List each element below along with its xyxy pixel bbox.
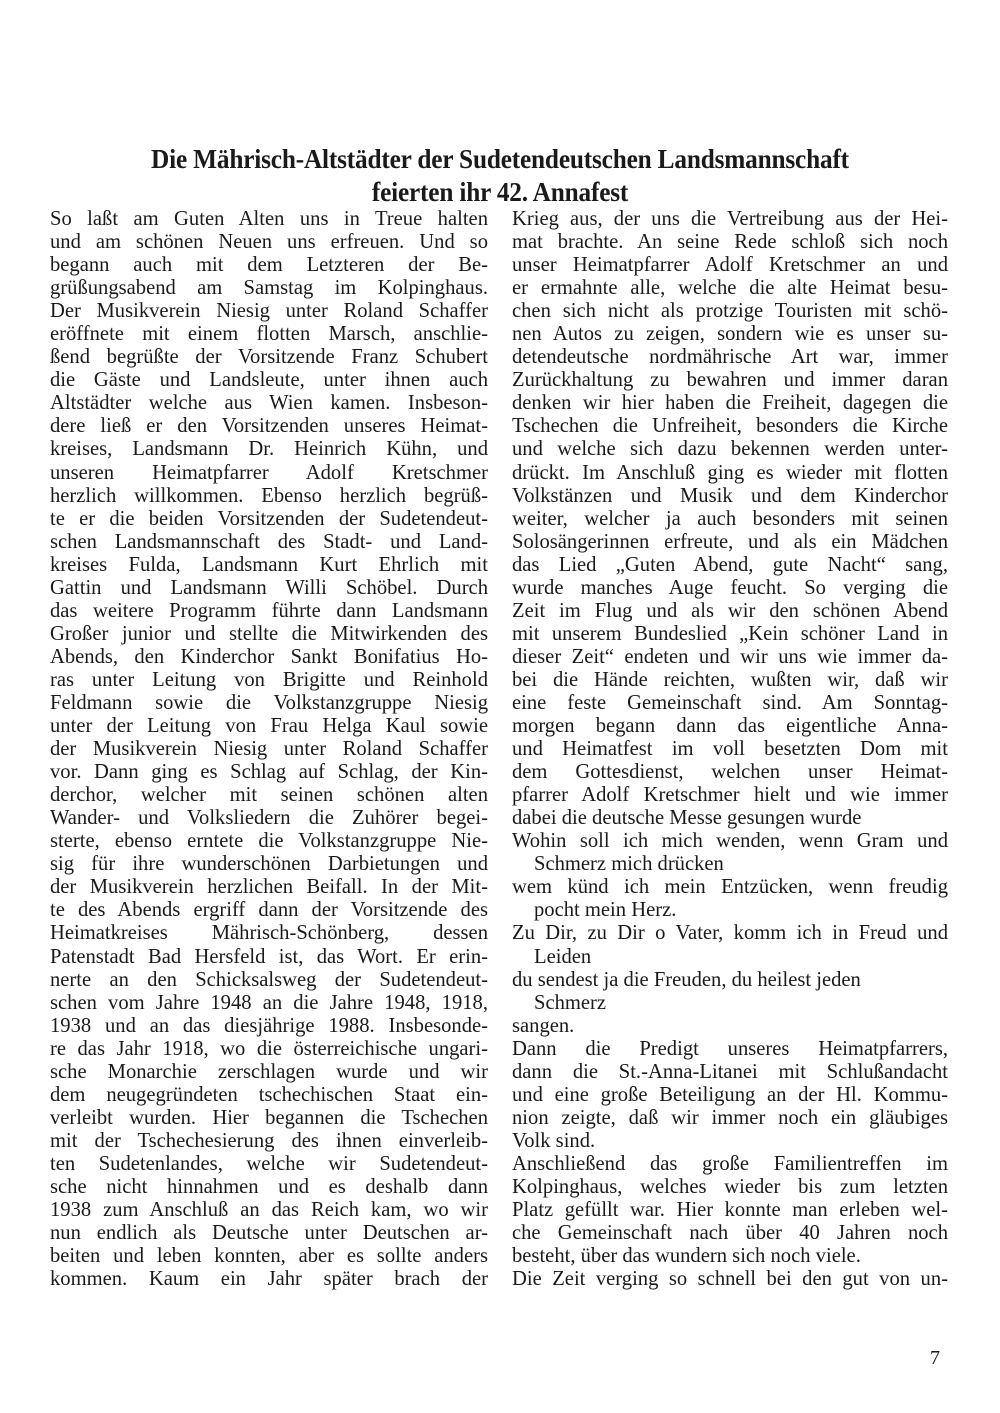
text-line: vor. Dann ging es Schlag auf Schlag, der… [50,761,488,784]
text-line: Feldmann sowie die Volkstanzgruppe Niesi… [50,692,488,715]
title-line-1: Die Mährisch-Altstädter der Sudetendeuts… [95,142,905,175]
text-line: Altstädter welche aus Wien kamen. Insbes… [50,392,488,415]
text-line: re das Jahr 1918, wo die österreichische… [50,1038,488,1061]
text-line: morgen begann dann das eigentliche Anna- [512,715,948,738]
text-line: die Gäste und Landsleute, unter ihnen au… [50,369,488,392]
article-title: Die Mährisch-Altstädter der Sudetendeuts… [95,142,905,208]
text-line: der Musikverein Niesig unter Roland Scha… [50,738,488,761]
text-line: dem Gottesdienst, welchen unser Heimat- [512,761,948,784]
verse-continuation-line: Schmerz [512,992,948,1015]
text-line: nion zeigte, daß wir immer noch ein gläu… [512,1107,948,1130]
text-line: ten Sudetenlandes, welche wir Sudetendeu… [50,1153,488,1176]
title-line-2: feierten ihr 42. Annafest [95,175,905,208]
text-line: sig für ihre wunderschönen Darbietungen … [50,853,488,876]
text-line: schen vom Jahre 1948 an die Jahre 1948, … [50,992,488,1015]
text-line: Dann die Predigt unseres Heimatpfarrers, [512,1038,948,1061]
text-line: weiter, welcher ja auch besonders mit se… [512,508,948,531]
text-line: sangen. [512,1015,948,1038]
left-text-column: So laßt am Guten Alten uns in Treue halt… [50,208,488,1291]
text-line: Gattin und Landsmann Willi Schöbel. Durc… [50,577,488,600]
text-line: dieser Zeit“ endeten und wir uns wie imm… [512,646,948,669]
page-number: 7 [930,1347,940,1370]
text-line: besteht, über das wundern sich noch viel… [512,1245,948,1268]
text-line: te des Abends ergriff dann der Vorsitzen… [50,899,488,922]
text-line: unseren Heimatpfarrer Adolf Kretschmer [50,462,488,485]
text-line: du sendest ja die Freuden, du heilest je… [512,969,948,992]
text-line: der Musikverein herzlichen Beifall. In d… [50,876,488,899]
text-line: und Heimatfest im voll besetzten Dom mit [512,738,948,761]
text-line: dere ließ er den Vorsitzenden unseres He… [50,415,488,438]
verse-continuation-line: pocht mein Herz. [512,899,948,922]
text-line: grüßungsabend am Samstag im Kolpinghaus. [50,277,488,300]
text-line: te er die beiden Vorsitzenden der Sudete… [50,508,488,531]
text-line: Wohin soll ich mich wenden, wenn Gram un… [512,830,948,853]
text-line: sterte, ebenso erntete die Volkstanzgrup… [50,830,488,853]
text-line: denken wir hier haben die Freiheit, dage… [512,392,948,415]
text-line: dem neugegründeten tschechischen Staat e… [50,1084,488,1107]
text-line: Krieg aus, der uns die Vertreibung aus d… [512,208,948,231]
text-line: beiten und leben konnten, aber es sollte… [50,1245,488,1268]
text-line: kreises Fulda, Landsmann Kurt Ehrlich mi… [50,554,488,577]
text-line: das Lied „Guten Abend, gute Nacht“ sang, [512,554,948,577]
text-line: nen Autos zu zeigen, sondern wie es unse… [512,323,948,346]
text-line: Zurückhaltung zu bewahren und immer dara… [512,369,948,392]
text-line: das weitere Programm führte dann Landsma… [50,600,488,623]
text-line: sche Monarchie zerschlagen wurde und wir [50,1061,488,1084]
text-line: begann auch mit dem Letzteren der Be- [50,254,488,277]
verse-continuation-line: Schmerz mich drücken [512,853,948,876]
text-line: er ermahnte alle, welche die alte Heimat… [512,277,948,300]
text-line: Der Musikverein Niesig unter Roland Scha… [50,300,488,323]
text-line: kommen. Kaum ein Jahr später brach der [50,1268,488,1291]
text-line: und welche sich dazu bekennen werden unt… [512,438,948,461]
text-line: detendeutsche nordmährische Art war, imm… [512,346,948,369]
text-line: derchor, welcher mit seinen schönen alte… [50,784,488,807]
text-line: pfarrer Adolf Kretschmer hielt und wie i… [512,784,948,807]
text-line: Zeit im Flug und als wir den schönen Abe… [512,600,948,623]
text-line: dabei die deutsche Messe gesungen wurde [512,807,948,830]
text-line: 1938 und an das diesjährige 1988. Insbes… [50,1015,488,1038]
text-line: Wander- und Volksliedern die Zuhörer beg… [50,807,488,830]
text-line: Anschließend das große Familientreffen i… [512,1153,948,1176]
text-line: wem künd ich mein Entzücken, wenn freudi… [512,876,948,899]
text-line: drückt. Im Anschluß ging es wieder mit f… [512,462,948,485]
text-line: nerte an den Schicksalsweg der Sudetende… [50,969,488,992]
text-line: Abends, den Kinderchor Sankt Bonifatius … [50,646,488,669]
text-line: herzlich willkommen. Ebenso herzlich beg… [50,485,488,508]
text-line: unser Heimatpfarrer Adolf Kretschmer an … [512,254,948,277]
text-line: che Gemeinschaft nach über 40 Jahren noc… [512,1222,948,1245]
text-line: Solosängerinnen erfreute, und als ein Mä… [512,531,948,554]
text-line: Tschechen die Unfreiheit, besonders die … [512,415,948,438]
text-line: verleibt wurden. Hier begannen die Tsche… [50,1107,488,1130]
text-line: ras unter Leitung von Brigitte und Reinh… [50,669,488,692]
text-line: Kolpinghaus, welches wieder bis zum letz… [512,1176,948,1199]
text-line: eine feste Gemeinschaft sind. Am Sonntag… [512,692,948,715]
text-line: und eine große Beteiligung an der Hl. Ko… [512,1084,948,1107]
text-line: Platz gefüllt war. Hier konnte man erleb… [512,1199,948,1222]
text-line: Die Zeit verging so schnell bei den gut … [512,1268,948,1291]
text-line: mit der Tschechesierung des ihnen einver… [50,1130,488,1153]
text-line: sche nicht hinnahmen und es deshalb dann [50,1176,488,1199]
text-line: So laßt am Guten Alten uns in Treue halt… [50,208,488,231]
text-line: unter der Leitung von Frau Helga Kaul so… [50,715,488,738]
text-line: ßend begrüßte der Vorsitzende Franz Schu… [50,346,488,369]
text-line: Heimatkreises Mährisch-Schönberg, dessen [50,922,488,945]
text-line: kreises, Landsmann Dr. Heinrich Kühn, un… [50,438,488,461]
right-text-column: Krieg aus, der uns die Vertreibung aus d… [512,208,948,1291]
text-line: Patenstadt Bad Hersfeld ist, das Wort. E… [50,946,488,969]
text-line: Großer junior und stellte die Mitwirkend… [50,623,488,646]
text-line: Volkstänzen und Musik und dem Kinderchor [512,485,948,508]
text-line: 1938 zum Anschluß an das Reich kam, wo w… [50,1199,488,1222]
text-line: und am schönen Neuen uns erfreuen. Und s… [50,231,488,254]
text-line: bei die Hände reichten, wußten wir, daß … [512,669,948,692]
text-line: Volk sind. [512,1130,948,1153]
text-line: wurde manches Auge feucht. So verging di… [512,577,948,600]
verse-continuation-line: Leiden [512,946,948,969]
text-line: nun endlich als Deutsche unter Deutschen… [50,1222,488,1245]
text-line: mit unserem Bundeslied „Kein schöner Lan… [512,623,948,646]
text-line: dann die St.-Anna-Litanei mit Schlußanda… [512,1061,948,1084]
text-line: eröffnete mit einem flotten Marsch, ansc… [50,323,488,346]
text-line: chen sich nicht als protzige Touristen m… [512,300,948,323]
text-line: schen Landsmannschaft des Stadt- und Lan… [50,531,488,554]
text-line: Zu Dir, zu Dir o Vater, komm ich in Freu… [512,922,948,945]
text-line: mat brachte. An seine Rede schloß sich n… [512,231,948,254]
